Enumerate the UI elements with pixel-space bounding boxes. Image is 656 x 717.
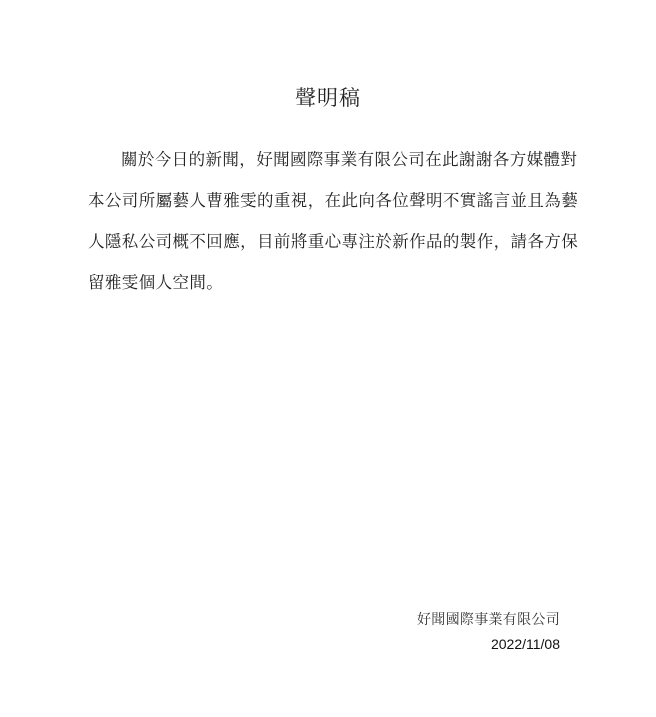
body-line-1: 關於今日的新聞，好聞國際事業有限公司在此謝謝各方媒體對 — [88, 150, 558, 170]
signature-company: 好聞國際事業有限公司 — [417, 611, 560, 629]
page-title: 聲明稿 — [0, 84, 656, 112]
signature-date: 2022/11/08 — [417, 635, 560, 653]
body-line-2: 本公司所屬藝人曹雅雯的重視，在此向各位聲明不實謠言並且為藝 — [88, 191, 558, 211]
body-line-4: 留雅雯個人空間。 — [88, 273, 558, 293]
signature-block: 好聞國際事業有限公司 2022/11/08 — [417, 611, 560, 653]
body-line-3: 人隱私公司概不回應，目前將重心專注於新作品的製作，請各方保 — [88, 232, 558, 252]
document-page: 聲明稿 關於今日的新聞，好聞國際事業有限公司在此謝謝各方媒體對 本公司所屬藝人曹… — [0, 0, 656, 717]
statement-body: 關於今日的新聞，好聞國際事業有限公司在此謝謝各方媒體對 本公司所屬藝人曹雅雯的重… — [88, 150, 558, 314]
